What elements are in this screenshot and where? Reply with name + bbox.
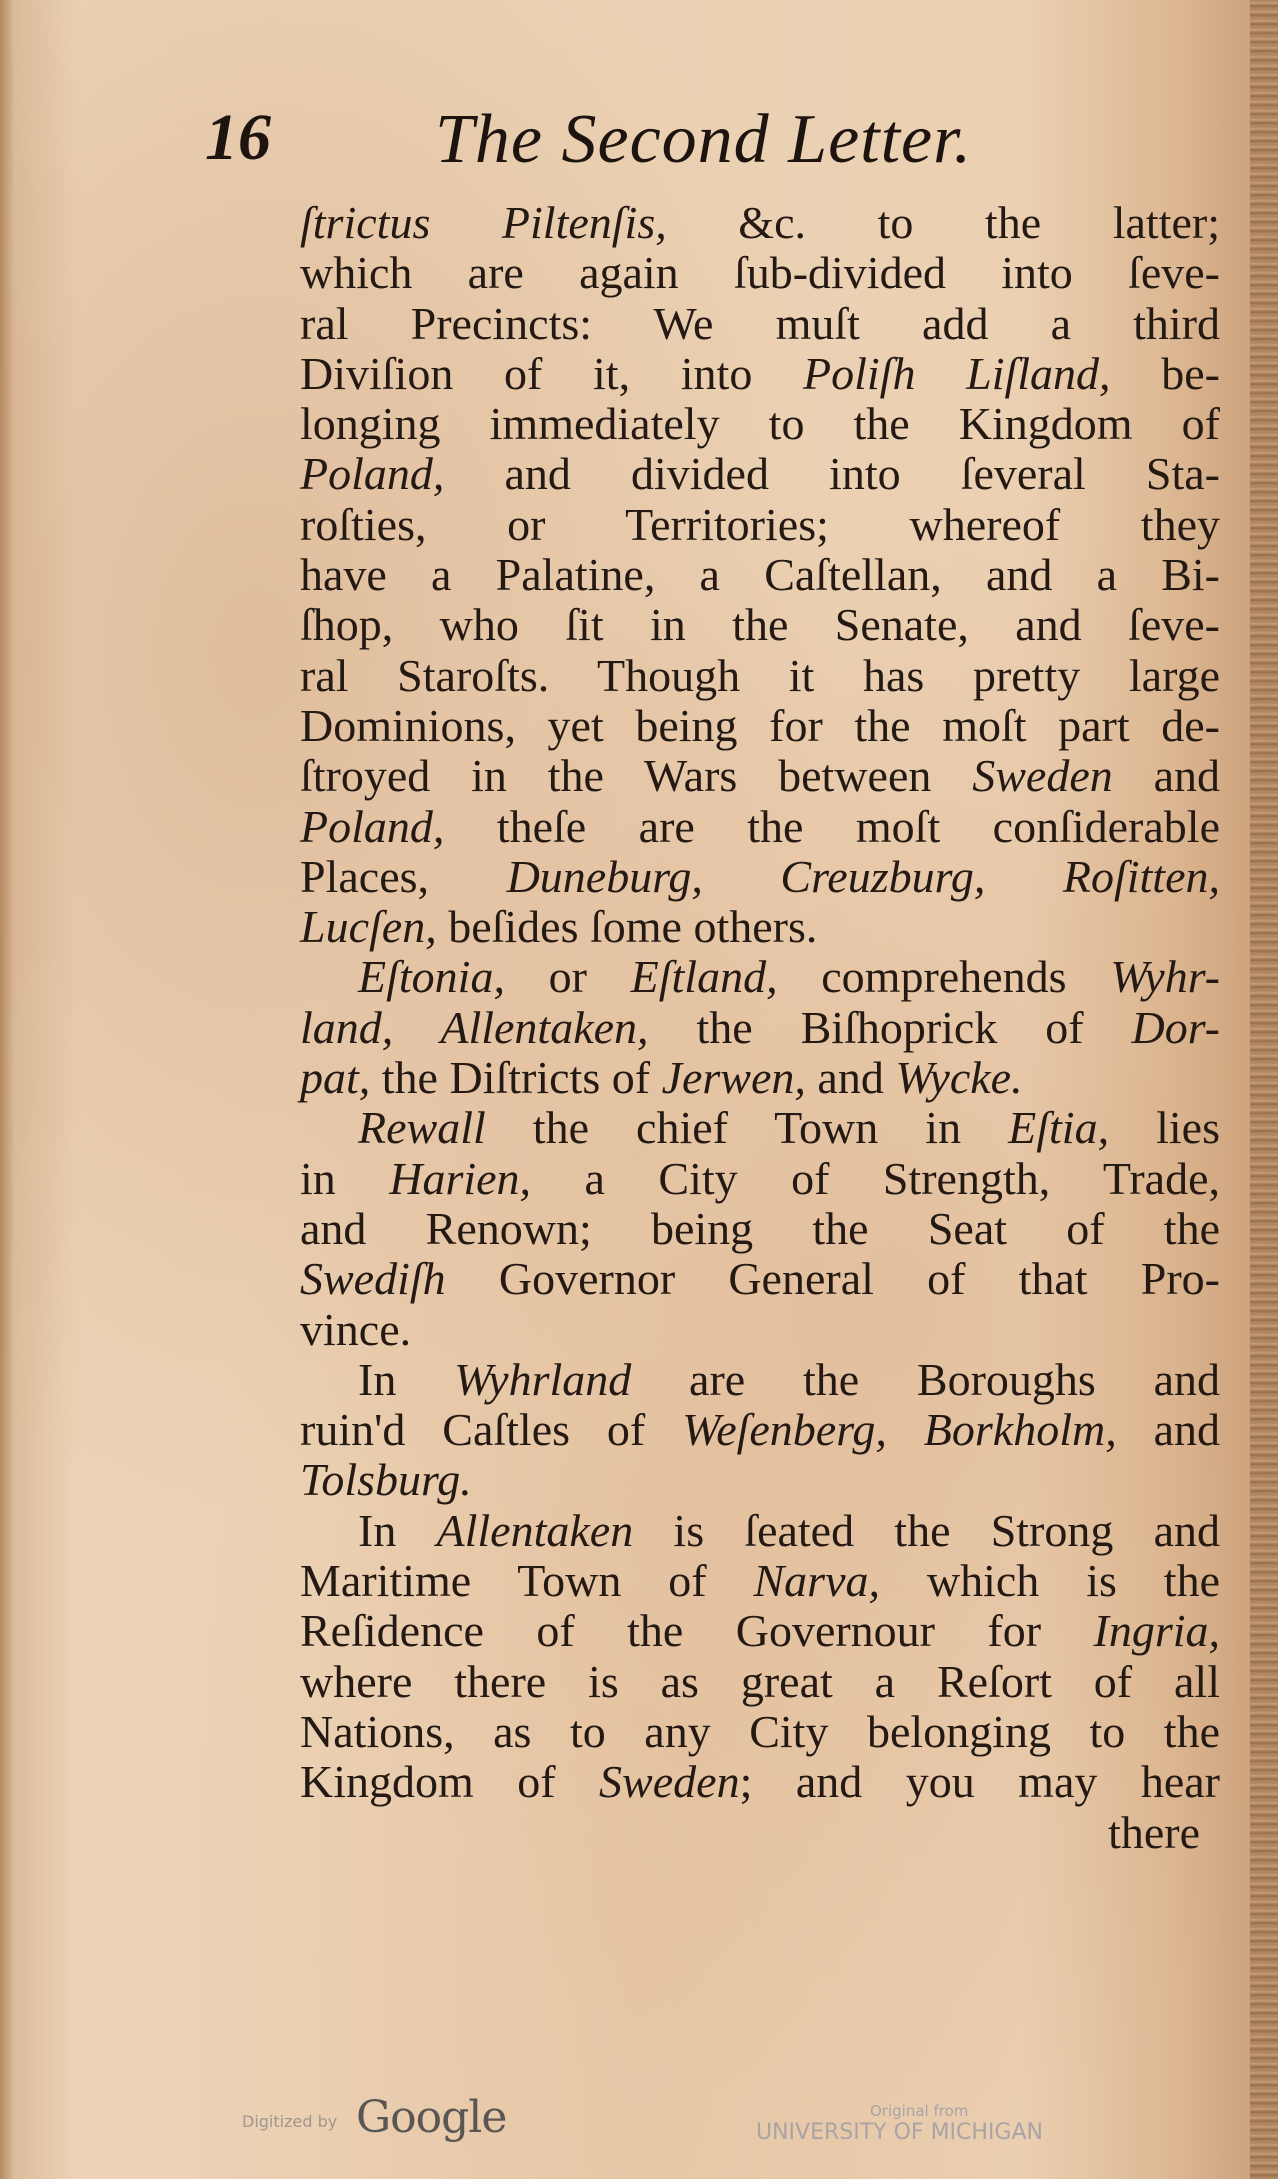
roman-text: Kingdom of xyxy=(300,1756,599,1807)
italic-text: Poland, xyxy=(300,801,444,852)
roman-text: in xyxy=(300,1153,389,1204)
italic-text: Sweden xyxy=(972,750,1113,801)
body-text: ſtrictus Piltenſis, &c. to the latter;wh… xyxy=(300,198,1220,1858)
italic-text: Jerwen, xyxy=(662,1052,806,1103)
roman-text: Maritime Town of xyxy=(300,1555,753,1606)
roman-text: Governor General of that Pro- xyxy=(446,1253,1220,1304)
roman-text: which is the xyxy=(880,1555,1220,1606)
digitization-footer: Digitized by Google Original from UNIVER… xyxy=(0,2090,1278,2170)
roman-text: In xyxy=(358,1505,437,1556)
roman-text: Nations, as to any City belonging to the xyxy=(300,1706,1220,1757)
roman-text: or xyxy=(505,951,631,1002)
italic-text: Poland, xyxy=(300,448,444,499)
roman-text: ral Staroſts. Though it has pretty large xyxy=(300,650,1220,701)
text-line: roſties, or Territories; whereof they xyxy=(300,500,1220,550)
text-line: ral Staroſts. Though it has pretty large xyxy=(300,651,1220,701)
roman-text: and divided into ſeveral Sta- xyxy=(444,448,1220,499)
roman-text: Diviſion of it, into xyxy=(300,348,803,399)
italic-text: Eſtia, xyxy=(1008,1102,1109,1153)
roman-text: and xyxy=(1117,1404,1220,1455)
roman-text: &c. to the latter; xyxy=(667,197,1220,248)
text-line: Places, Duneburg, Creuzburg, Roſitten, xyxy=(300,852,1220,902)
digitized-by-label: Digitized by xyxy=(242,2112,337,2131)
text-line: Poland, theſe are the moſt conſiderable xyxy=(300,802,1220,852)
roman-text: the chief Town in xyxy=(486,1102,1008,1153)
roman-text: comprehends xyxy=(778,951,1111,1002)
text-line: which are again ſub-divided into ſeve- xyxy=(300,248,1220,298)
roman-text: and xyxy=(1113,750,1220,801)
text-line: ruin'd Caſtles of Weſenberg, Borkholm, a… xyxy=(300,1405,1220,1455)
text-line: and Renown; being the Seat of the xyxy=(300,1204,1220,1254)
roman-text: is ſeated the Strong and xyxy=(633,1505,1220,1556)
roman-text: roſties, or Territories; whereof they xyxy=(300,499,1220,550)
page-edge-right xyxy=(1250,0,1278,2179)
text-line: Swediſh Governor General of that Pro- xyxy=(300,1254,1220,1304)
text-line: land, Allentaken, the Biſhoprick of Dor- xyxy=(300,1003,1220,1053)
text-line: Diviſion of it, into Poliſh Liſland, be- xyxy=(300,349,1220,399)
page-number: 16 xyxy=(205,100,271,176)
catchword: there xyxy=(300,1808,1220,1858)
text-line: Poland, and divided into ſeveral Sta- xyxy=(300,449,1220,499)
text-line: ſtrictus Piltenſis, &c. to the latter; xyxy=(300,198,1220,248)
text-line: Rewall the chief Town in Eſtia, lies xyxy=(300,1103,1220,1153)
roman-text: which are again ſub-divided into ſeve- xyxy=(300,247,1220,298)
roman-text: In xyxy=(358,1354,454,1405)
italic-text: Eſtonia, xyxy=(358,951,505,1002)
original-from-label: Original from xyxy=(870,2102,968,2120)
roman-text: the Diſtricts of xyxy=(370,1052,661,1103)
italic-text: Weſenberg, Borkholm, xyxy=(682,1404,1117,1455)
text-line: ſhop, who ſit in the Senate, and ſeve- xyxy=(300,600,1220,650)
page-edge-left xyxy=(0,0,14,2179)
italic-text: Sweden xyxy=(599,1756,740,1807)
roman-text: longing immediately to the Kingdom of xyxy=(300,398,1220,449)
italic-text: Wycke. xyxy=(895,1052,1022,1103)
roman-text: the Biſhoprick of xyxy=(649,1002,1132,1053)
roman-text: Reſidence of the Governour for xyxy=(300,1605,1094,1656)
text-line: vince. xyxy=(300,1305,1220,1355)
italic-text: Harien, xyxy=(389,1153,531,1204)
italic-text: Wyhr- xyxy=(1110,951,1220,1002)
text-line: pat, the Diſtricts of Jerwen, and Wycke. xyxy=(300,1053,1220,1103)
text-line: longing immediately to the Kingdom of xyxy=(300,399,1220,449)
text-line: Dominions, yet being for the moſt part d… xyxy=(300,701,1220,751)
italic-text: Tolsburg. xyxy=(300,1454,472,1505)
italic-text: Lucſen, xyxy=(300,901,437,952)
running-head: 16 The Second Letter. xyxy=(205,100,1225,190)
roman-text: lies xyxy=(1109,1102,1220,1153)
text-line: in Harien, a City of Strength, Trade, xyxy=(300,1154,1220,1204)
text-line: Reſidence of the Governour for Ingria, xyxy=(300,1606,1220,1656)
italic-text: Wyhrland xyxy=(454,1354,631,1405)
roman-text: be- xyxy=(1111,348,1220,399)
italic-text: Ingria, xyxy=(1094,1605,1221,1656)
italic-text: pat, xyxy=(300,1052,370,1103)
italic-text: Rewall xyxy=(358,1102,486,1153)
roman-text: a City of Strength, Trade, xyxy=(531,1153,1220,1204)
text-line: ral Precincts: We muſt add a third xyxy=(300,299,1220,349)
italic-text: ſtrictus Piltenſis, xyxy=(300,197,667,248)
italic-text: Eſtland, xyxy=(631,951,778,1002)
roman-text: Places, xyxy=(300,851,507,902)
roman-text: have a Palatine, a Caſtellan, and a Bi- xyxy=(300,549,1220,600)
italic-text: Duneburg, Creuzburg, Roſitten, xyxy=(507,851,1220,902)
roman-text: vince. xyxy=(300,1304,411,1355)
text-line: Nations, as to any City belonging to the xyxy=(300,1707,1220,1757)
italic-text: Dor- xyxy=(1131,1002,1220,1053)
text-line: In Wyhrland are the Boroughs and xyxy=(300,1355,1220,1405)
italic-text: Allentaken xyxy=(437,1505,634,1556)
italic-text: Swediſh xyxy=(300,1253,446,1304)
roman-text: ral Precincts: We muſt add a third xyxy=(300,298,1220,349)
institution-label: UNIVERSITY OF MICHIGAN xyxy=(756,2120,1043,2145)
roman-text: ruin'd Caſtles of xyxy=(300,1404,682,1455)
google-logo: Google xyxy=(356,2092,506,2143)
running-title: The Second Letter. xyxy=(435,100,972,180)
italic-text: Narva, xyxy=(753,1555,880,1606)
italic-text: land, Allentaken, xyxy=(300,1002,649,1053)
text-line: In Allentaken is ſeated the Strong and xyxy=(300,1506,1220,1556)
roman-text: ſhop, who ſit in the Senate, and ſeve- xyxy=(300,599,1220,650)
text-line: ſtroyed in the Wars between Sweden and xyxy=(300,751,1220,801)
text-line: Maritime Town of Narva, which is the xyxy=(300,1556,1220,1606)
roman-text: and Renown; being the Seat of the xyxy=(300,1203,1220,1254)
italic-text: Poliſh Liſland, xyxy=(803,348,1111,399)
text-line: Kingdom of Sweden; and you may hear xyxy=(300,1757,1220,1807)
roman-text: beſides ſome others. xyxy=(437,901,818,952)
text-line: Lucſen, beſides ſome others. xyxy=(300,902,1220,952)
roman-text: are the Boroughs and xyxy=(631,1354,1220,1405)
roman-text: where there is as great a Reſort of all xyxy=(300,1656,1220,1707)
roman-text: ; and you may hear xyxy=(740,1756,1220,1807)
roman-text: ſtroyed in the Wars between xyxy=(300,750,972,801)
text-line: where there is as great a Reſort of all xyxy=(300,1657,1220,1707)
roman-text: and xyxy=(806,1052,895,1103)
roman-text: theſe are the moſt conſiderable xyxy=(444,801,1220,852)
text-line: Tolsburg. xyxy=(300,1455,1220,1505)
text-line: Eſtonia, or Eſtland, comprehends Wyhr- xyxy=(300,952,1220,1002)
roman-text: Dominions, yet being for the moſt part d… xyxy=(300,700,1220,751)
text-line: have a Palatine, a Caſtellan, and a Bi- xyxy=(300,550,1220,600)
